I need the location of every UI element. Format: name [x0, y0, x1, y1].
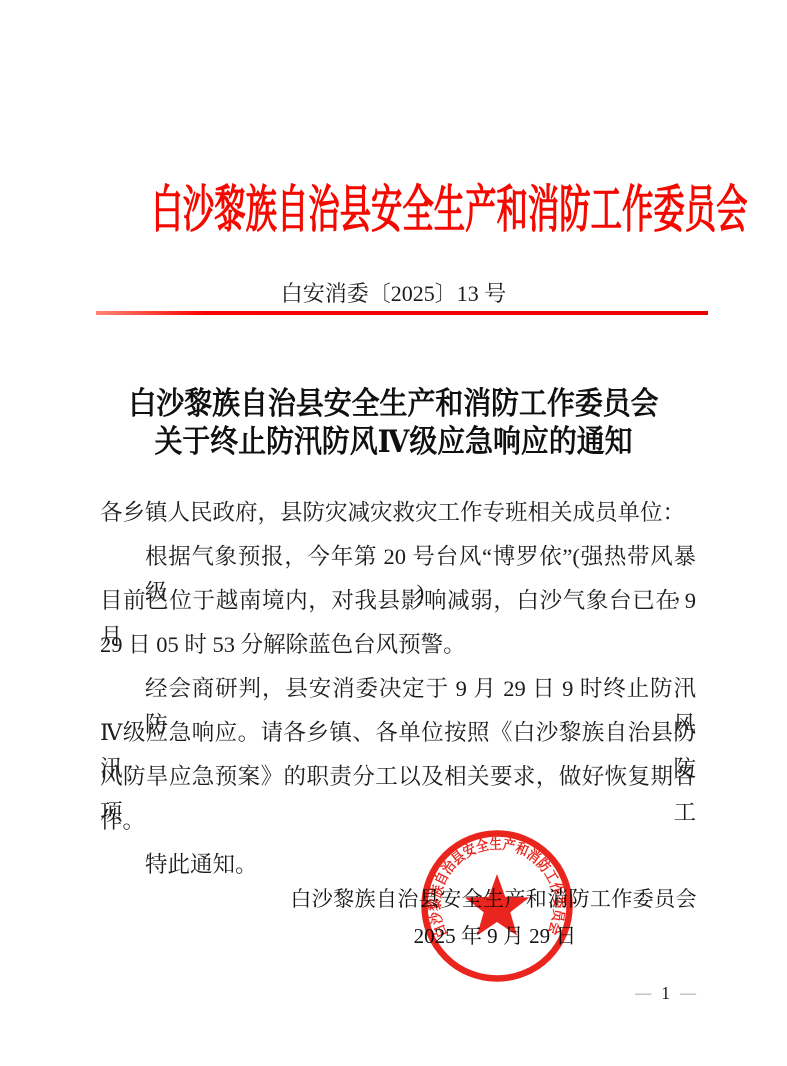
body-line: 风防旱应急预案》的职责分工以及相关要求，做好恢复期各项工	[100, 759, 696, 803]
page-number-dash-right: —	[680, 985, 696, 1002]
page-number-value: 1	[651, 983, 680, 1003]
document-number: 白安消委〔2025〕13 号	[0, 281, 787, 307]
body-line: 29 日 05 时 53 分解除蓝色台风预警。	[100, 627, 696, 671]
body-line-salutation: 各乡镇人民政府，县防灾减灾救灾工作专班相关成员单位：	[100, 495, 696, 539]
notice-body: 各乡镇人民政府，县防灾减灾救灾工作专班相关成员单位： 根据气象预报，今年第 20…	[100, 495, 696, 891]
official-document-page: 白沙黎族自治县安全生产和消防工作委员会 白安消委〔2025〕13 号 白沙黎族自…	[0, 0, 787, 1066]
body-line: 根据气象预报，今年第 20 号台风“博罗依”(强热带风暴级)，	[100, 539, 696, 583]
notice-title-line-2: 关于终止防汛防风Ⅳ级应急响应的通知	[39, 423, 747, 461]
page-number: —1—	[635, 982, 696, 1006]
body-line: 目前已位于越南境内，对我县影响减弱，白沙气象台已在 9 月	[100, 583, 696, 627]
body-line: 经会商研判，县安消委决定于 9 月 29 日 9 时终止防汛防风	[100, 671, 696, 715]
red-separator-rule	[96, 311, 708, 315]
masthead-organization-title: 白沙黎族自治县安全生产和消防工作委员会	[151, 180, 635, 242]
seal-star-icon	[465, 874, 530, 936]
body-line: Ⅳ级应急响应。请各乡镇、各单位按照《白沙黎族自治县防汛防	[100, 715, 696, 759]
notice-title: 白沙黎族自治县安全生产和消防工作委员会 关于终止防汛防风Ⅳ级应急响应的通知	[39, 385, 747, 461]
notice-title-line-1: 白沙黎族自治县安全生产和消防工作委员会	[39, 385, 747, 423]
body-line-closing: 特此通知。	[100, 847, 696, 891]
page-number-dash-left: —	[635, 985, 651, 1002]
official-red-seal: 白沙黎族自治县安全生产和消防工作委员会	[417, 826, 577, 986]
